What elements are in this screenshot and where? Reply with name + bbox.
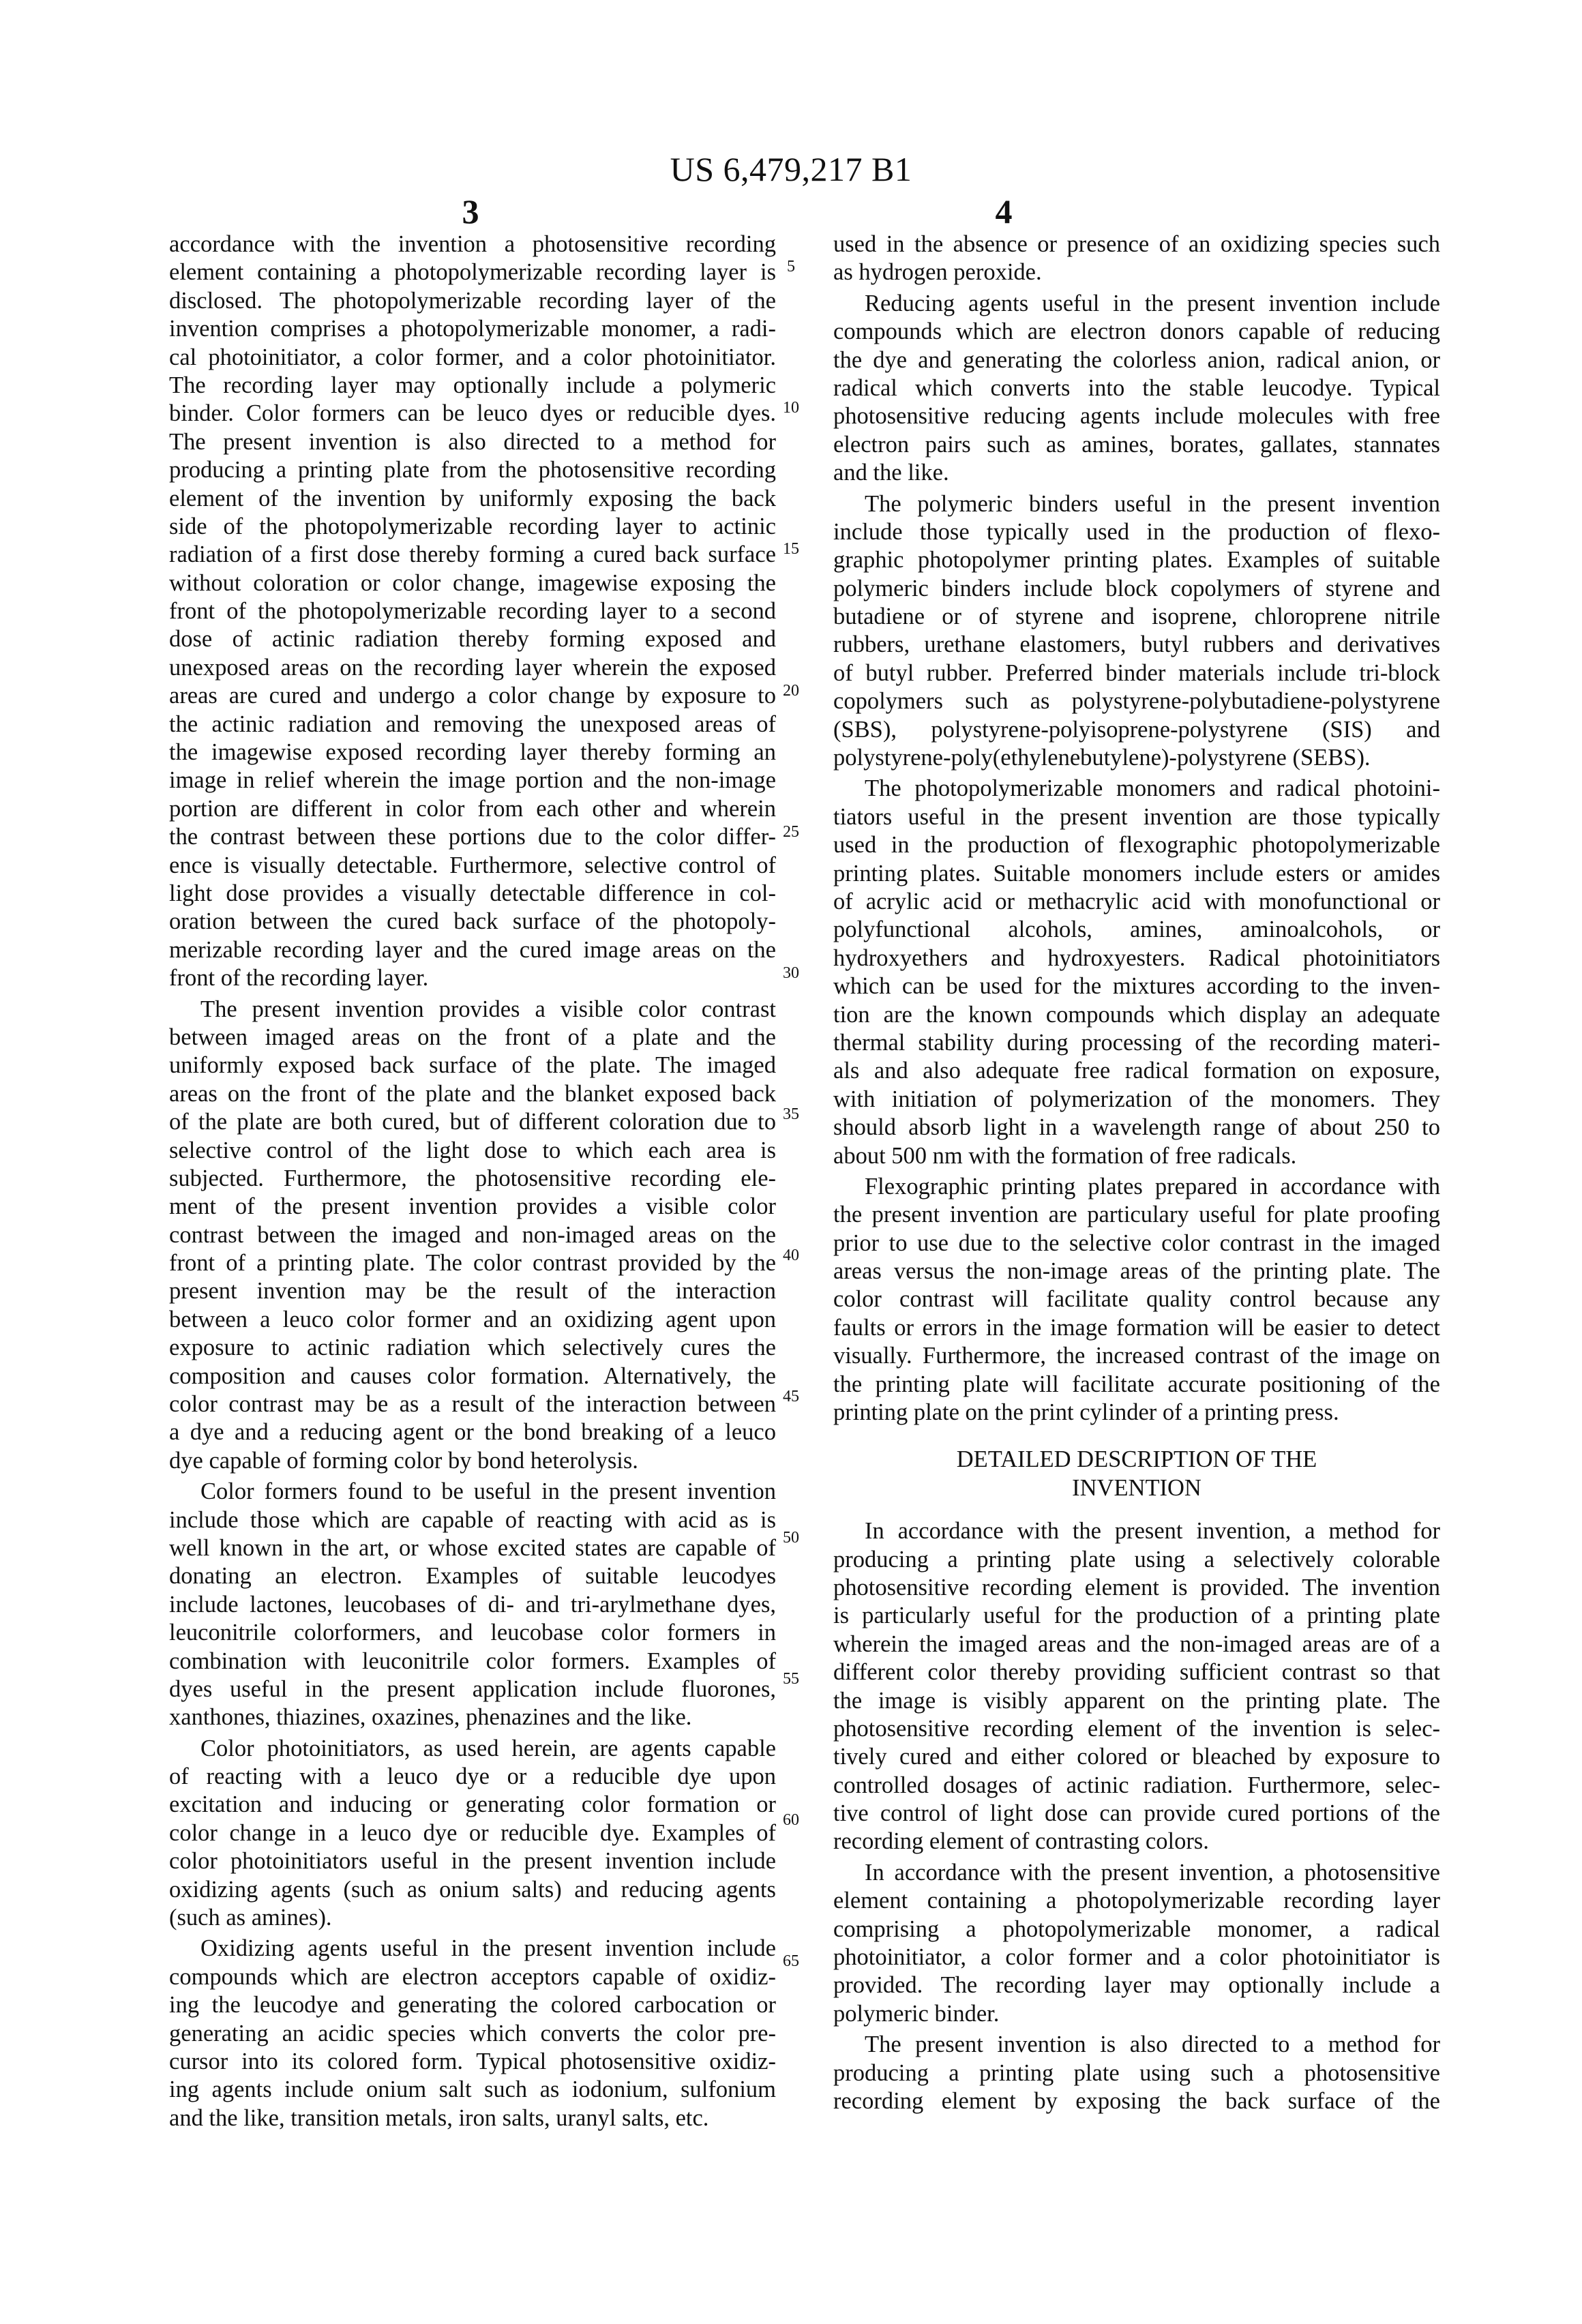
text-line: The recording layer may optionally inclu… — [169, 372, 776, 400]
text-line: visually. Furthermore, the increased con… — [833, 1342, 1440, 1370]
text-line: als and also adequate free radical forma… — [833, 1057, 1440, 1085]
text-line: printing plate on the print cylinder of … — [833, 1399, 1440, 1427]
text-line: photosensitive recording element is prov… — [833, 1574, 1440, 1602]
text-line: Reducing agents useful in the present in… — [833, 290, 1440, 318]
text-line: polymeric binders include block copolyme… — [833, 575, 1440, 603]
text-line: cursor into its colored form. Typical ph… — [169, 2048, 776, 2076]
paragraph: The present invention provides a visible… — [169, 996, 776, 1476]
text-line: Flexographic printing plates prepared in… — [833, 1173, 1440, 1201]
heading-line: DETAILED DESCRIPTION OF THE — [833, 1446, 1440, 1474]
section-heading: DETAILED DESCRIPTION OF THEINVENTION — [833, 1446, 1440, 1502]
text-line: copolymers such as polystyrene-polybutad… — [833, 687, 1440, 715]
text-line: merizable recording layer and the cured … — [169, 936, 776, 964]
text-line: the printing plate will facilitate accur… — [833, 1371, 1440, 1399]
text-line: radiation of a first dose thereby formin… — [169, 541, 776, 569]
text-line: is particularly useful for the productio… — [833, 1602, 1440, 1630]
margin-line-number: 15 — [771, 540, 811, 558]
text-line: between a leuco color former and an oxid… — [169, 1306, 776, 1334]
text-line: polystyrene-poly(ethylenebutylene)-polys… — [833, 744, 1440, 772]
text-line: donating an electron. Examples of suitab… — [169, 1562, 776, 1590]
text-line: polyfunctional alcohols, amines, aminoal… — [833, 916, 1440, 944]
margin-line-number: 40 — [771, 1247, 811, 1265]
text-line: ing agents include onium salt such as io… — [169, 2076, 776, 2104]
text-line: should absorb light in a wavelength rang… — [833, 1114, 1440, 1142]
text-line: Color formers found to be useful in the … — [169, 1478, 776, 1506]
text-line: include those typically used in the prod… — [833, 518, 1440, 546]
text-line: about 500 nm with the formation of free … — [833, 1142, 1440, 1170]
text-line: the contrast between these portions due … — [169, 823, 776, 851]
text-line: front of a printing plate. The color con… — [169, 1249, 776, 1277]
margin-line-number: 25 — [771, 823, 811, 841]
text-line: and the like. — [833, 459, 1440, 487]
text-line: butadiene or of styrene and isoprene, ch… — [833, 603, 1440, 631]
text-line: cal photoinitiator, a color former, and … — [169, 344, 776, 372]
text-line: used in the absence or presence of an ox… — [833, 230, 1440, 258]
patent-page: US 6,479,217 B1 3 4 51015202530354045505… — [0, 0, 1582, 2324]
text-line: oration between the cured back surface o… — [169, 908, 776, 936]
text-line: without coloration or color change, imag… — [169, 569, 776, 597]
text-line: xanthones, thiazines, oxazines, phenazin… — [169, 1703, 776, 1731]
text-line: front of the recording layer. — [169, 964, 776, 992]
text-line: comprising a photopolymerizable monomer,… — [833, 1916, 1440, 1943]
paragraph: used in the absence or presence of an ox… — [833, 230, 1440, 287]
paragraph: Color formers found to be useful in the … — [169, 1478, 776, 1732]
text-line: generating an acidic species which conve… — [169, 2020, 776, 2048]
paragraph: In accordance with the present invention… — [833, 1859, 1440, 2028]
text-line: of butyl rubber. Preferred binder materi… — [833, 659, 1440, 687]
text-line: ing the leucodye and generating the colo… — [169, 1991, 776, 2019]
text-line: faults or errors in the image formation … — [833, 1314, 1440, 1342]
text-line: recording element by exposing the back s… — [833, 2087, 1440, 2115]
text-line: image in relief wherein the image portio… — [169, 766, 776, 794]
text-line: recording element of contrasting colors. — [833, 1828, 1440, 1856]
text-line: selective control of the light dose to w… — [169, 1137, 776, 1165]
text-line: composition and causes color formation. … — [169, 1362, 776, 1390]
margin-line-number: 60 — [771, 1811, 811, 1830]
text-line: the actinic radiation and removing the u… — [169, 711, 776, 739]
margin-line-number: 55 — [771, 1670, 811, 1688]
paragraph: The present invention is also directed t… — [833, 2031, 1440, 2115]
text-line: oxidizing agents (such as onium salts) a… — [169, 1876, 776, 1904]
text-line: dye capable of forming color by bond het… — [169, 1447, 776, 1475]
margin-line-number: 65 — [771, 1952, 811, 1971]
text-line: ence is visually detectable. Furthermore… — [169, 852, 776, 880]
text-line: the dye and generating the colorless ani… — [833, 346, 1440, 374]
text-line: side of the photopolymerizable recording… — [169, 513, 776, 541]
text-line: areas are cured and undergo a color chan… — [169, 682, 776, 710]
text-line: accordance with the invention a photosen… — [169, 230, 776, 258]
text-line: disclosed. The photopolymerizable record… — [169, 287, 776, 315]
right-column: used in the absence or presence of an ox… — [833, 230, 1440, 2115]
text-line: graphic photopolymer printing plates. Ex… — [833, 546, 1440, 574]
text-line: wherein the imaged areas and the non-ima… — [833, 1630, 1440, 1658]
text-line: ment of the present invention provides a… — [169, 1193, 776, 1221]
text-line: Color photoinitiators, as used herein, a… — [169, 1735, 776, 1763]
text-line: polymeric binder. — [833, 2000, 1440, 2028]
text-line: tively cured and either colored or bleac… — [833, 1743, 1440, 1771]
heading-line: INVENTION — [833, 1474, 1440, 1502]
text-line: and the like, transition metals, iron sa… — [169, 2104, 776, 2132]
text-line: invention comprises a photopolymerizable… — [169, 315, 776, 343]
text-line: exposure to actinic radiation which sele… — [169, 1334, 776, 1362]
text-line: color contrast may be as a result of the… — [169, 1390, 776, 1418]
column-number-left: 3 — [443, 192, 498, 230]
text-line: combination with leuconitrile color form… — [169, 1648, 776, 1675]
text-line: excitation and inducing or generating co… — [169, 1791, 776, 1819]
text-line: areas on the front of the plate and the … — [169, 1080, 776, 1108]
paragraph: The polymeric binders useful in the pres… — [833, 490, 1440, 773]
text-line: color contrast will facilitate quality c… — [833, 1285, 1440, 1313]
text-line: thermal stability during processing of t… — [833, 1029, 1440, 1057]
text-line: of the plate are both cured, but of diff… — [169, 1108, 776, 1136]
text-line: Oxidizing agents useful in the present i… — [169, 1935, 776, 1963]
paragraph: Oxidizing agents useful in the present i… — [169, 1935, 776, 2132]
text-line: (SBS), polystyrene-polyisoprene-polystyr… — [833, 716, 1440, 744]
text-line: dose of actinic radiation thereby formin… — [169, 625, 776, 653]
text-line: photosensitive recording element of the … — [833, 1715, 1440, 1743]
margin-line-number: 5 — [771, 258, 811, 276]
text-line: printing plates. Suitable monomers inclu… — [833, 860, 1440, 888]
text-line: color photoinitiators useful in the pres… — [169, 1847, 776, 1875]
text-line: element containing a photopolymerizable … — [833, 1887, 1440, 1915]
text-line: color change in a leuco dye or reducible… — [169, 1819, 776, 1847]
text-line: include those which are capable of react… — [169, 1506, 776, 1534]
text-line: of reacting with a leuco dye or a reduci… — [169, 1763, 776, 1791]
text-line: (such as amines). — [169, 1904, 776, 1932]
text-line: subjected. Furthermore, the photosensiti… — [169, 1165, 776, 1193]
text-line: The present invention is also directed t… — [169, 428, 776, 456]
text-line: producing a printing plate using such a … — [833, 2059, 1440, 2087]
paragraph: The photopolymerizable monomers and radi… — [833, 775, 1440, 1170]
paragraph: In accordance with the present invention… — [833, 1517, 1440, 1856]
text-line: with initiation of polymerization of the… — [833, 1086, 1440, 1114]
text-line: front of the photopolymerizable recordin… — [169, 597, 776, 625]
text-line: between imaged areas on the front of a p… — [169, 1024, 776, 1052]
margin-line-number: 50 — [771, 1529, 811, 1547]
text-line: leuconitrile colorformers, and leucobase… — [169, 1619, 776, 1647]
text-line: compounds which are electron acceptors c… — [169, 1963, 776, 1991]
text-line: binder. Color formers can be leuco dyes … — [169, 400, 776, 428]
text-line: of acrylic acid or methacrylic acid with… — [833, 888, 1440, 916]
text-line: prior to use due to the selective color … — [833, 1230, 1440, 1257]
text-line: electron pairs such as amines, borates, … — [833, 431, 1440, 459]
text-line: rubbers, urethane elastomers, butyl rubb… — [833, 631, 1440, 659]
text-line: different color thereby providing suffic… — [833, 1658, 1440, 1686]
left-column: accordance with the invention a photosen… — [169, 230, 776, 2132]
margin-line-number: 35 — [771, 1105, 811, 1124]
text-line: photoinitiator, a color former and a col… — [833, 1943, 1440, 1971]
text-line: radical which converts into the stable l… — [833, 374, 1440, 402]
text-line: The photopolymerizable monomers and radi… — [833, 775, 1440, 803]
text-line: The present invention is also directed t… — [833, 2031, 1440, 2059]
text-line: hydroxyethers and hydroxyesters. Radical… — [833, 944, 1440, 972]
text-line: provided. The recording layer may option… — [833, 1971, 1440, 1999]
text-line: present invention may be the result of t… — [169, 1277, 776, 1305]
text-line: well known in the art, or whose excited … — [169, 1534, 776, 1562]
text-line: The present invention provides a visible… — [169, 996, 776, 1024]
paragraph: Color photoinitiators, as used herein, a… — [169, 1735, 776, 1933]
text-line: uniformly exposed back surface of the pl… — [169, 1052, 776, 1079]
text-line: the present invention are particulary us… — [833, 1201, 1440, 1229]
text-line: contrast between the imaged and non-imag… — [169, 1221, 776, 1249]
margin-line-number: 30 — [771, 964, 811, 983]
text-line: the imagewise exposed recording layer th… — [169, 739, 776, 766]
text-line: used in the production of flexographic p… — [833, 831, 1440, 859]
text-line: as hydrogen peroxide. — [833, 258, 1440, 286]
text-line: tive control of light dose can provide c… — [833, 1800, 1440, 1828]
text-line: tion are the known compounds which displ… — [833, 1001, 1440, 1029]
text-line: controlled dosages of actinic radiation.… — [833, 1772, 1440, 1800]
column-number-right: 4 — [976, 192, 1031, 230]
paragraph: Reducing agents useful in the present in… — [833, 290, 1440, 488]
paragraph: accordance with the invention a photosen… — [169, 230, 776, 993]
text-line: portion are different in color from each… — [169, 795, 776, 823]
text-line: light dose provides a visually detectabl… — [169, 880, 776, 908]
text-line: dyes useful in the present application i… — [169, 1675, 776, 1703]
patent-number: US 6,479,217 B1 — [0, 150, 1582, 188]
text-line: compounds which are electron donors capa… — [833, 318, 1440, 346]
text-line: In accordance with the present invention… — [833, 1859, 1440, 1887]
text-line: include lactones, leucobases of di- and … — [169, 1591, 776, 1619]
paragraph: Flexographic printing plates prepared in… — [833, 1173, 1440, 1427]
text-line: the image is visibly apparent on the pri… — [833, 1687, 1440, 1715]
text-line: producing a printing plate using a selec… — [833, 1546, 1440, 1574]
text-line: unexposed areas on the recording layer w… — [169, 654, 776, 682]
text-line: element of the invention by uniformly ex… — [169, 485, 776, 513]
text-line: a dye and a reducing agent or the bond b… — [169, 1418, 776, 1446]
text-line: areas versus the non-image areas of the … — [833, 1257, 1440, 1285]
text-line: which can be used for the mixtures accor… — [833, 972, 1440, 1000]
margin-line-number: 20 — [771, 682, 811, 700]
margin-line-number: 10 — [771, 399, 811, 417]
text-line: The polymeric binders useful in the pres… — [833, 490, 1440, 518]
text-line: tiators useful in the present invention … — [833, 803, 1440, 831]
text-line: In accordance with the present invention… — [833, 1517, 1440, 1545]
text-line: photosensitive reducing agents include m… — [833, 402, 1440, 430]
margin-line-number: 45 — [771, 1388, 811, 1406]
text-line: element containing a photopolymerizable … — [169, 258, 776, 286]
text-line: producing a printing plate from the phot… — [169, 456, 776, 484]
